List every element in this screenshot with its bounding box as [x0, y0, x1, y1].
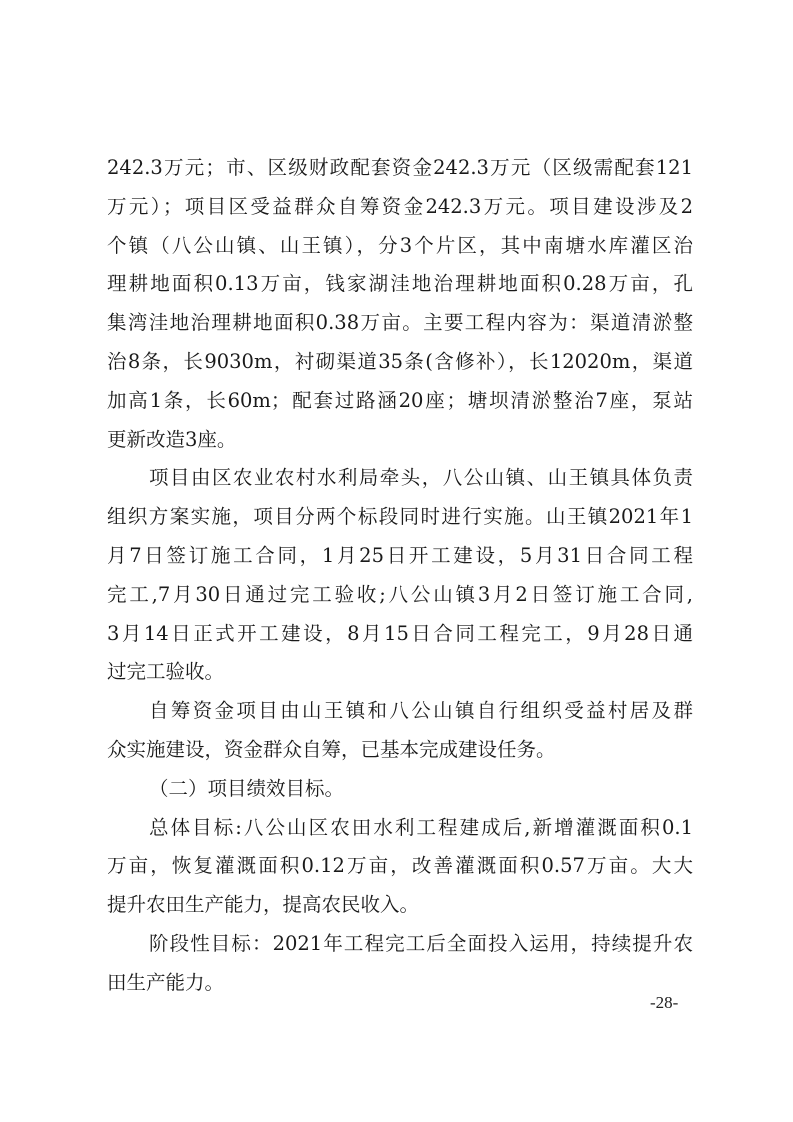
text-line: 完工,7月30日通过完工验收;八公山镇3月2日签订施工合同, — [107, 576, 693, 615]
text-line: 过完工验收。 — [107, 653, 693, 692]
funding-and-scope-paragraph: 242.3万元；市、区级财政配套资金242.3万元（区级需配套121 万元）；项… — [107, 149, 693, 459]
text-line: 自筹资金项目由山王镇和八公山镇自行组织受益村居及群 — [107, 692, 693, 731]
text-line: 更新改造3座。 — [107, 421, 693, 460]
page-number: -28- — [650, 990, 678, 1016]
body-text: 242.3万元；市、区级财政配套资金242.3万元（区级需配套121 万元）；项… — [107, 149, 693, 1003]
section-heading: （二）项目绩效目标。 — [107, 770, 693, 809]
document-page: 242.3万元；市、区级财政配套资金242.3万元（区级需配套121 万元）；项… — [0, 0, 793, 1122]
text-line: 月7日签订施工合同，1月25日开工建设，5月31日合同工程 — [107, 537, 693, 576]
text-line: 提升农田生产能力，提高农民收入。 — [107, 886, 693, 925]
phase-goal-paragraph: 阶段性目标：2021年工程完工后全面投入运用，持续提升农 田生产能力。 — [107, 925, 693, 1003]
text-line: 田生产能力。 — [107, 964, 693, 1003]
overall-goal-paragraph: 总体目标:八公山区农田水利工程建成后,新增灌溉面积0.1 万亩，恢复灌溉面积0.… — [107, 809, 693, 925]
text-line: 理耕地面积0.13万亩，钱家湖洼地治理耕地面积0.28万亩，孔 — [107, 265, 693, 304]
text-line: 242.3万元；市、区级财政配套资金242.3万元（区级需配套121 — [107, 149, 693, 188]
text-line: 3月14日正式开工建设，8月15日合同工程完工，9月28日通 — [107, 615, 693, 654]
implementation-paragraph: 项目由区农业农村水利局牵头，八公山镇、山王镇具体负责 组织方案实施，项目分两个标… — [107, 459, 693, 692]
section-heading-performance-goals: （二）项目绩效目标。 — [107, 770, 693, 809]
text-line: 加高1条，长60m；配套过路涵20座；塘坝清淤整治7座，泵站 — [107, 382, 693, 421]
text-line: 治8条，长9030m，衬砌渠道35条(含修补），长12020m，渠道 — [107, 343, 693, 382]
text-line: 万亩，恢复灌溉面积0.12万亩，改善灌溉面积0.57万亩。大大 — [107, 847, 693, 886]
self-funded-paragraph: 自筹资金项目由山王镇和八公山镇自行组织受益村居及群 众实施建设，资金群众自筹，已… — [107, 692, 693, 770]
text-line: 阶段性目标：2021年工程完工后全面投入运用，持续提升农 — [107, 925, 693, 964]
text-line: 万元）；项目区受益群众自筹资金242.3万元。项目建设涉及2 — [107, 188, 693, 227]
text-line: 总体目标:八公山区农田水利工程建成后,新增灌溉面积0.1 — [107, 809, 693, 848]
text-line: 个镇（八公山镇、山王镇），分3个片区，其中南塘水库灌区治 — [107, 227, 693, 266]
text-line: 组织方案实施，项目分两个标段同时进行实施。山王镇2021年1 — [107, 498, 693, 537]
text-line: 众实施建设，资金群众自筹，已基本完成建设任务。 — [107, 731, 693, 770]
text-line: 集湾洼地治理耕地面积0.38万亩。主要工程内容为：渠道清淤整 — [107, 304, 693, 343]
text-line: 项目由区农业农村水利局牵头，八公山镇、山王镇具体负责 — [107, 459, 693, 498]
